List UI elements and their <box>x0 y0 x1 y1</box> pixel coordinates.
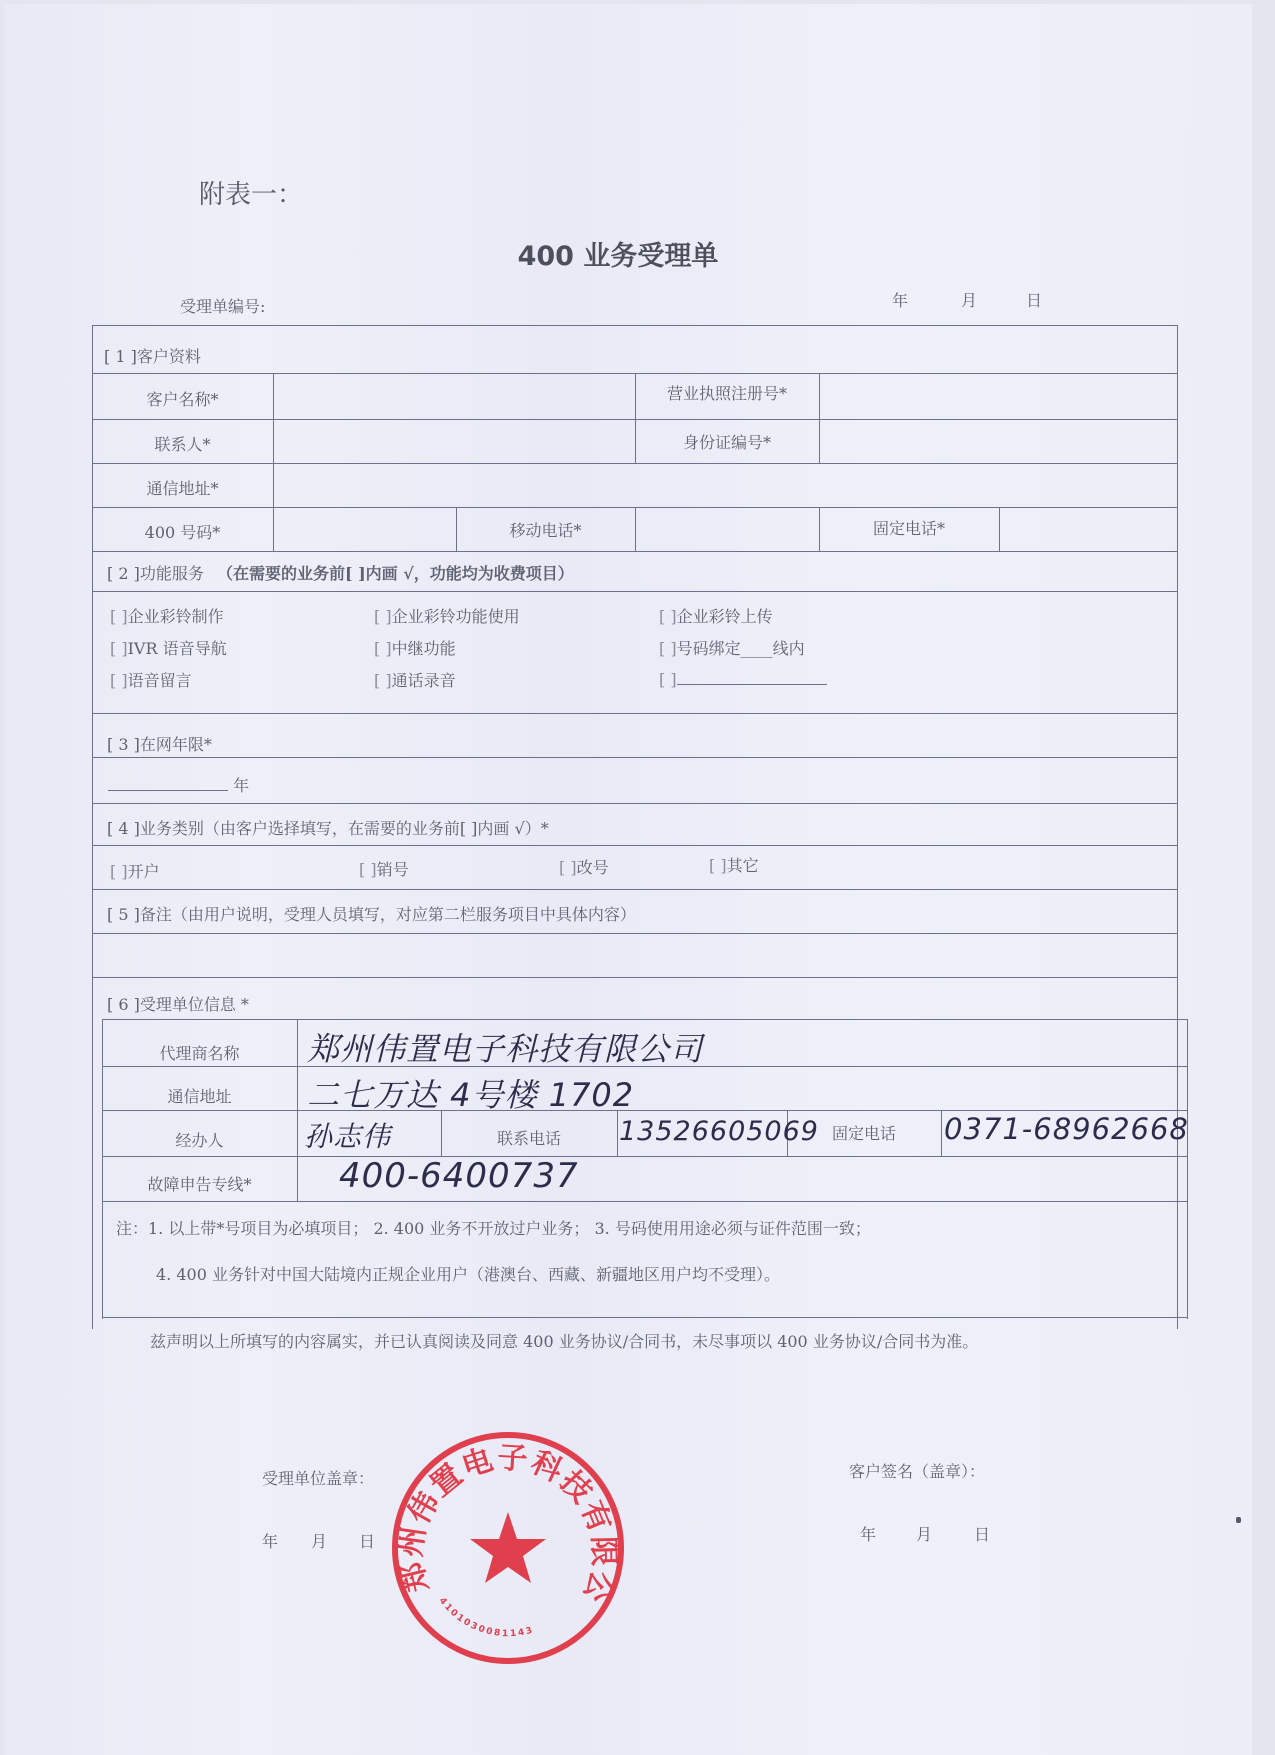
checkbox[interactable]: [ ] <box>374 671 392 690</box>
customer-name-label: 客户名称* <box>92 387 273 410</box>
section3-header: [ 3 ]在网年限* <box>107 732 212 755</box>
agent-address-field[interactable]: 二七万达 4号楼 1702 <box>307 1070 634 1116</box>
section2-header: [ 2 ]功能服务 （在需要的业务前[ ]内画 √，功能均为收费项目） <box>107 561 574 584</box>
section2-title: [ 2 ]功能服务 <box>107 564 204 583</box>
svg-text:4101030081143: 4101030081143 <box>437 1596 536 1639</box>
checkbox[interactable]: [ ] <box>559 858 577 877</box>
agent-landline-label: 固定电话 <box>787 1121 941 1144</box>
checkbox[interactable]: [ ] <box>659 607 677 626</box>
option-label: 企业彩铃上传 <box>677 607 773 626</box>
contact-person-label: 联系人* <box>92 432 273 455</box>
form-page: 附表一： 400 业务受理单 受理单编号: 年 月 日 [ 1 ]客户资料 客户… <box>4 4 1252 1755</box>
option-label: 企业彩铃制作 <box>128 607 224 626</box>
business-type-option[interactable]: [ ]改号 <box>559 855 609 878</box>
section1-header: [ 1 ]客户资料 <box>104 344 201 367</box>
option-label: 开户 <box>128 862 160 881</box>
landline-label: 固定电话* <box>819 516 999 539</box>
option-label: 中继功能 <box>392 639 456 658</box>
attachment-label: 附表一： <box>199 174 303 211</box>
id-number-field[interactable] <box>824 430 1174 454</box>
business-type-option[interactable]: [ ]开户 <box>110 859 160 882</box>
option-label: 通话录音 <box>392 671 456 690</box>
option-label: 其它 <box>727 856 759 875</box>
unit-seal-year: 年 <box>262 1529 278 1552</box>
agent-address-label: 通信地址 <box>102 1084 297 1107</box>
section6-header: [ 6 ]受理单位信息 * <box>107 992 249 1015</box>
notes-line-2: 4. 400 业务针对中国大陆境内正规企业用户（港澳台、西藏、新疆地区用户均不受… <box>156 1262 780 1285</box>
feature-option[interactable]: [ ] <box>659 668 827 689</box>
mobile-field[interactable] <box>640 518 812 542</box>
number-400-field[interactable] <box>279 520 449 544</box>
unit-seal-day: 日 <box>359 1529 375 1552</box>
feature-option[interactable]: [ ]企业彩铃制作 <box>110 604 224 627</box>
stamp-text: 郑州伟置电子科技有限公司 <box>389 1429 621 1608</box>
remarks-field[interactable] <box>108 944 1168 974</box>
checkbox[interactable]: [ ] <box>659 639 677 658</box>
feature-option[interactable]: [ ]IVR 语音导航 <box>110 636 227 659</box>
business-license-field[interactable] <box>824 381 1174 405</box>
checkbox[interactable]: [ ] <box>110 639 128 658</box>
option-label: IVR 语音导航 <box>128 639 227 658</box>
date-month: 月 <box>961 288 977 311</box>
svg-text:郑州伟置电子科技有限公司: 郑州伟置电子科技有限公司 <box>389 1429 621 1608</box>
section5-header: [ 5 ]备注（由用户说明，受理人员填写，对应第二栏服务项目中具体内容） <box>107 902 636 925</box>
option-label: 销号 <box>377 860 409 879</box>
checkbox[interactable]: [ ] <box>374 607 392 626</box>
checkbox[interactable]: [ ] <box>359 860 377 879</box>
feature-option[interactable]: [ ]中继功能 <box>374 636 456 659</box>
feature-option[interactable]: [ ]语音留言 <box>110 668 192 691</box>
landline-field[interactable] <box>1004 516 1172 540</box>
feature-option[interactable]: [ ]企业彩铃上传 <box>659 604 773 627</box>
unit-seal-label: 受理单位盖章： <box>262 1466 374 1489</box>
section2-note: （在需要的业务前[ ]内画 √，功能均为收费项目） <box>217 564 574 583</box>
feature-option[interactable]: [ ]通话录音 <box>374 668 456 691</box>
years-field[interactable] <box>108 772 228 791</box>
checkbox[interactable]: [ ] <box>659 670 677 689</box>
customer-name-field[interactable] <box>279 387 629 411</box>
star-icon <box>470 1512 546 1583</box>
stamp-code: 4101030081143 <box>437 1596 536 1639</box>
business-license-label: 营业执照注册号* <box>635 381 819 404</box>
fault-hotline-label: 故障申告专线* <box>102 1172 297 1195</box>
page-title: 400 业务受理单 <box>4 234 1252 273</box>
option-label: 企业彩铃功能使用 <box>392 607 520 626</box>
date-day: 日 <box>1026 288 1042 311</box>
feature-option[interactable]: [ ]企业彩铃功能使用 <box>374 604 520 627</box>
customer-sign-day: 日 <box>974 1522 990 1545</box>
handler-field[interactable]: 孙志伟 <box>304 1115 391 1155</box>
address-field[interactable] <box>279 476 1169 500</box>
customer-sign-label: 客户签名（盖章）： <box>849 1459 985 1482</box>
id-number-label: 身份证编号* <box>635 430 819 453</box>
contact-phone-label: 联系电话 <box>441 1126 617 1149</box>
checkbox[interactable]: [ ] <box>110 671 128 690</box>
handler-label: 经办人 <box>102 1128 297 1151</box>
business-type-option[interactable]: [ ]其它 <box>709 853 759 876</box>
feature-option[interactable]: [ ]号码绑定____线内 <box>659 636 805 659</box>
checkbox[interactable]: [ ] <box>709 856 727 875</box>
checkbox[interactable]: [ ] <box>110 862 128 881</box>
agent-name-label: 代理商名称 <box>102 1041 297 1064</box>
customer-sign-year: 年 <box>860 1522 876 1545</box>
contact-person-field[interactable] <box>279 432 629 456</box>
section4-header: [ 4 ]业务类别（由客户选择填写，在需要的业务前[ ]内画 √）* <box>107 816 549 839</box>
address-label: 通信地址* <box>92 476 273 499</box>
unit-seal-month: 月 <box>311 1529 327 1552</box>
customer-sign-month: 月 <box>916 1522 932 1545</box>
number-400-label: 400 号码* <box>92 520 273 543</box>
ink-dot <box>1236 1517 1241 1523</box>
years-field-row: 年 <box>108 772 249 796</box>
declaration: 兹声明以上所填写的内容属实，并已认真阅读及同意 400 业务协议/合同书，未尽事… <box>150 1329 978 1352</box>
agent-landline-field[interactable]: 0371-68962668 <box>944 1112 1189 1146</box>
date-year: 年 <box>892 288 908 311</box>
form-number-label: 受理单编号: <box>180 294 265 317</box>
mobile-label: 移动电话* <box>456 518 635 541</box>
notes-line-1: 注：1. 以上带*号项目为必填项目； 2. 400 业务不开放过户业务； 3. … <box>116 1216 871 1239</box>
business-type-option[interactable]: [ ]销号 <box>359 857 409 880</box>
agent-name-field[interactable]: 郑州伟置电子科技有限公司 <box>307 1024 703 1070</box>
years-unit: 年 <box>233 776 249 795</box>
page-title-text: 400 业务受理单 <box>518 241 719 272</box>
option-label <box>677 668 827 685</box>
checkbox[interactable]: [ ] <box>110 607 128 626</box>
option-label: 号码绑定____线内 <box>677 639 805 658</box>
company-seal-stamp: 郑州伟置电子科技有限公司 4101030081143 <box>389 1429 627 1667</box>
checkbox[interactable]: [ ] <box>374 639 392 658</box>
option-label: 改号 <box>577 858 609 877</box>
fault-hotline-field[interactable]: 400-6400737 <box>339 1156 579 1196</box>
option-label: 语音留言 <box>128 671 192 690</box>
